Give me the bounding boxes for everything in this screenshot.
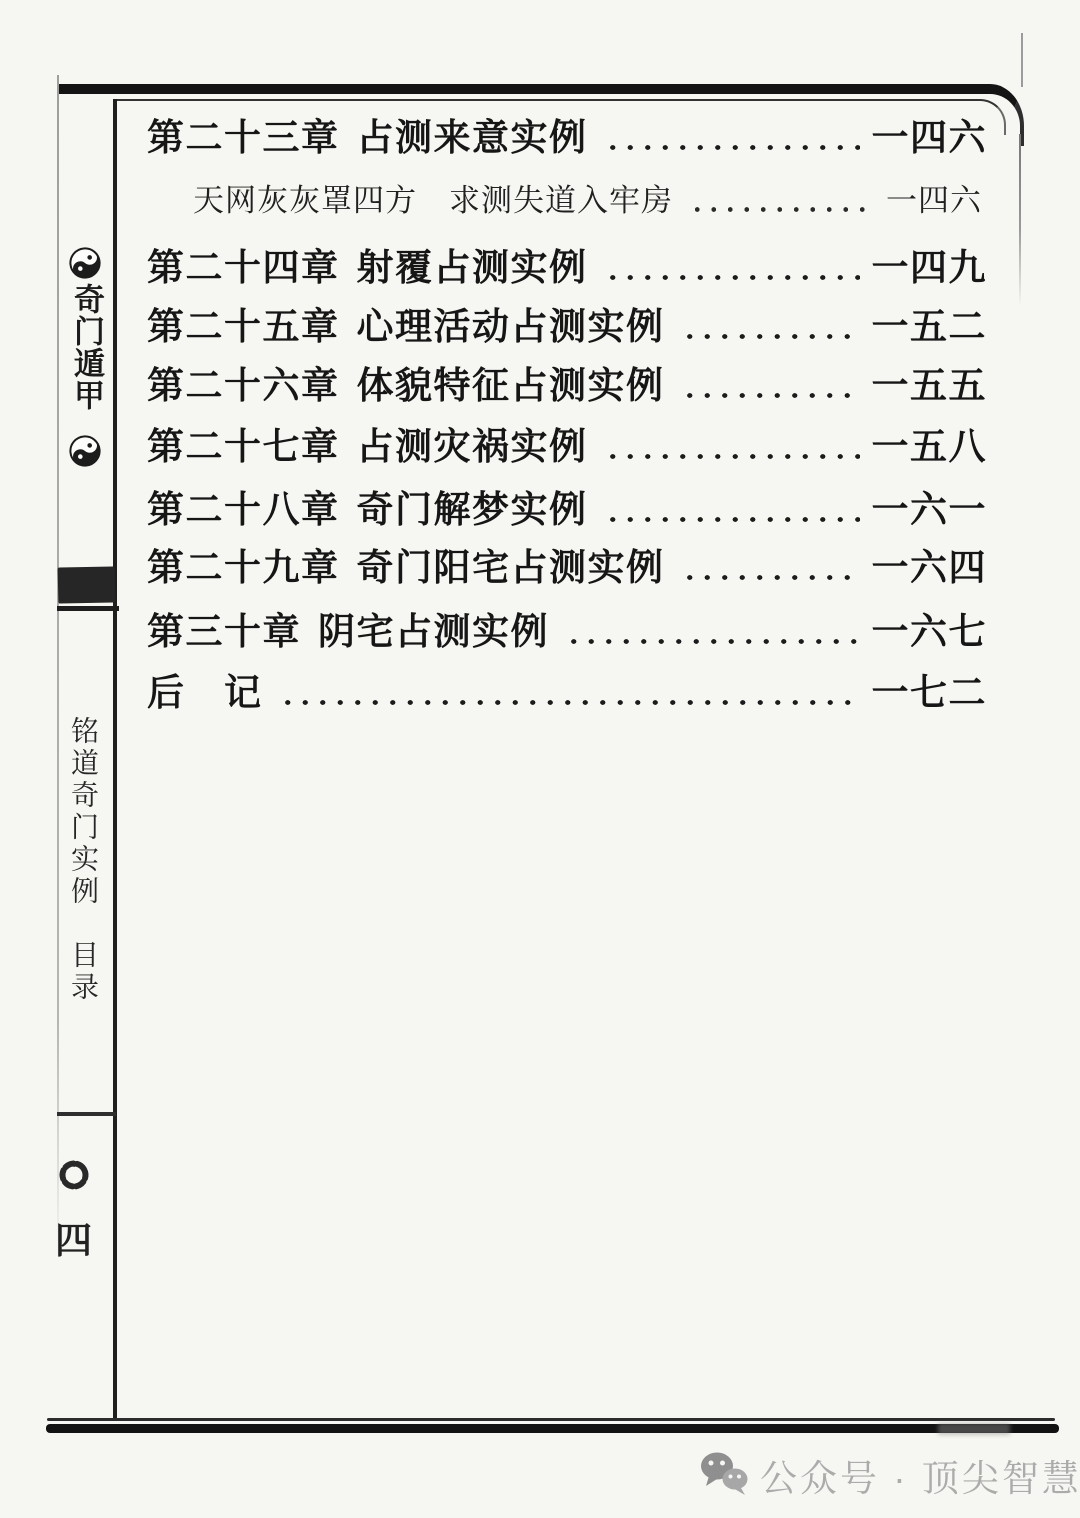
sidebar-ink-block bbox=[58, 566, 116, 603]
chapter-title: 占测灾祸实例 bbox=[357, 426, 588, 467]
folio-number: 四 bbox=[55, 1210, 92, 1264]
section-title: 天网灰灰罩四方 求测失道入牢房 bbox=[193, 184, 673, 219]
dot-leader bbox=[604, 144, 860, 150]
page-number: 一四六 bbox=[872, 117, 988, 158]
dot-leader bbox=[681, 392, 860, 398]
toc-row-chapter-24: 第二十四章 射覆占测实例 一四九 bbox=[147, 240, 987, 288]
toc-row-section: 天网灰灰罩四方 求测失道入牢房 一四六 bbox=[193, 179, 982, 219]
sidebar-divider-line bbox=[113, 99, 117, 1421]
right-edge-fading-line bbox=[1019, 134, 1021, 306]
yinyang-icon bbox=[69, 435, 101, 467]
chapter-label: 第二十八章 bbox=[147, 489, 340, 530]
chapter-title: 射覆占测实例 bbox=[357, 247, 588, 288]
page-number: 一五八 bbox=[872, 426, 988, 467]
toc-row-chapter-23: 第二十三章 占测来意实例 一四六 bbox=[147, 110, 987, 158]
dot-leader bbox=[604, 516, 860, 522]
chapter-title: 心理活动占测实例 bbox=[357, 306, 665, 347]
book-title: 奇门遁甲 bbox=[64, 283, 109, 411]
chapter-label: 第三十章 bbox=[147, 611, 301, 652]
toc-row-chapter-27: 第二十七章 占测灾祸实例 一五八 bbox=[147, 419, 987, 467]
chapter-label: 第二十七章 bbox=[147, 426, 340, 467]
series-title: 铭道奇门实例 目录 bbox=[62, 716, 102, 1004]
dot-leader bbox=[565, 638, 860, 644]
chapter-label: 第二十三章 bbox=[147, 117, 340, 158]
toc-row-chapter-29: 第二十九章 奇门阳宅占测实例 一六四 bbox=[147, 540, 987, 588]
bottom-frame-border bbox=[46, 1424, 1059, 1433]
watermark: 公众号 · 顶尖智慧学社 bbox=[698, 1448, 1080, 1502]
page-number: 一七二 bbox=[872, 672, 988, 713]
book-toc-page: 奇门遁甲 铭道奇门实例 目录 四 第二十三章 占测来意实例 一四六 bbox=[0, 0, 1080, 1518]
page-number: 一四九 bbox=[872, 247, 988, 288]
chapter-title: 奇门阳宅占测实例 bbox=[357, 547, 665, 588]
toc-row-chapter-25: 第二十五章 心理活动占测实例 一五二 bbox=[147, 299, 987, 347]
dot-leader bbox=[604, 274, 860, 280]
watermark-text: 公众号 · 顶尖智慧学社 bbox=[760, 1448, 1080, 1502]
chapter-label: 第二十六章 bbox=[147, 365, 340, 406]
page-number: 一六七 bbox=[872, 611, 988, 652]
dot-leader bbox=[604, 453, 860, 459]
left-edge-line bbox=[57, 75, 59, 1258]
chapter-title: 奇门解梦实例 bbox=[357, 489, 588, 530]
wechat-bubbles-icon bbox=[698, 1450, 750, 1501]
toc-row-afterword: 后 记 一七二 bbox=[147, 665, 987, 713]
dot-leader bbox=[279, 699, 860, 705]
bottom-inner-border bbox=[47, 1418, 1055, 1421]
page-number: 一四六 bbox=[886, 184, 982, 219]
sidebar-separator-line bbox=[57, 606, 119, 611]
sidebar-separator-line bbox=[57, 1112, 116, 1116]
yinyang-icon bbox=[69, 247, 101, 279]
chapter-label: 后 记 bbox=[147, 672, 263, 713]
page-number: 一六四 bbox=[872, 547, 988, 588]
toc-row-chapter-26: 第二十六章 体貌特征占测实例 一五五 bbox=[147, 358, 987, 406]
chapter-title: 体貌特征占测实例 bbox=[357, 365, 665, 406]
dot-leader bbox=[681, 333, 860, 339]
page-number: 一五二 bbox=[872, 306, 988, 347]
chapter-title: 阴宅占测实例 bbox=[318, 611, 549, 652]
chapter-title: 占测来意实例 bbox=[357, 117, 588, 158]
dragon-ring-icon bbox=[57, 1157, 91, 1193]
page-number: 一五五 bbox=[872, 365, 988, 406]
dot-leader bbox=[681, 574, 860, 580]
chapter-label: 第二十九章 bbox=[147, 547, 340, 588]
chapter-label: 第二十四章 bbox=[147, 247, 340, 288]
right-edge-line bbox=[1021, 33, 1023, 87]
page-number: 一六一 bbox=[872, 489, 988, 530]
toc-row-chapter-30: 第三十章 阴宅占测实例 一六七 bbox=[147, 604, 987, 652]
dot-leader bbox=[689, 207, 874, 212]
scan-smudge bbox=[938, 1423, 1010, 1435]
toc-row-chapter-28: 第二十八章 奇门解梦实例 一六一 bbox=[147, 482, 987, 530]
chapter-label: 第二十五章 bbox=[147, 306, 340, 347]
